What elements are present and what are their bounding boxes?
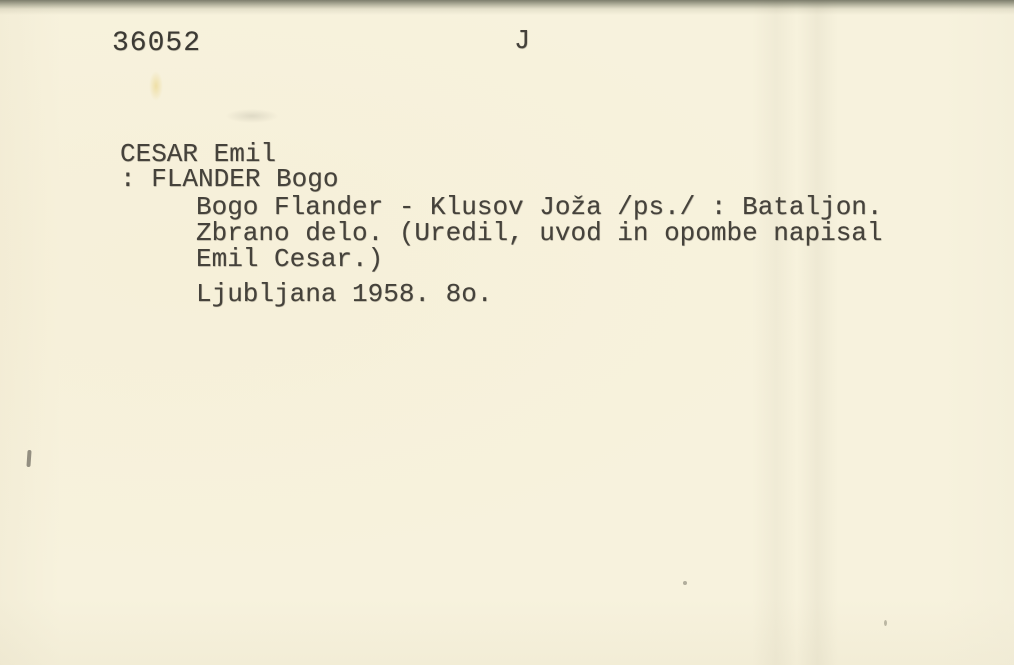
- yellow-smudge-mark: [149, 71, 163, 101]
- scan-streaks: [752, 0, 838, 665]
- paper-speck: [683, 581, 687, 585]
- title-line: Emil Cesar.): [196, 246, 383, 272]
- ink-tick-mark: [26, 450, 31, 467]
- heading-cross-reference: : FLANDER Bogo: [120, 166, 338, 192]
- paper-texture: [0, 0, 1014, 665]
- title-line: Zbrano delo. (Uredil, uvod in opombe nap…: [196, 220, 883, 246]
- call-number: 36052: [112, 31, 201, 57]
- gray-smudge-mark: [226, 109, 278, 123]
- title-line: Bogo Flander - Klusov Joža /ps./ : Batal…: [196, 194, 883, 220]
- imprint-line: Ljubljana 1958. 8o.: [196, 281, 492, 307]
- paper-speck: [884, 620, 887, 626]
- section-letter: J: [514, 29, 530, 55]
- catalog-card: 36052 J CESAR Emil : FLANDER Bogo Bogo F…: [0, 0, 1014, 665]
- card-top-edge-shadow: [0, 0, 1014, 16]
